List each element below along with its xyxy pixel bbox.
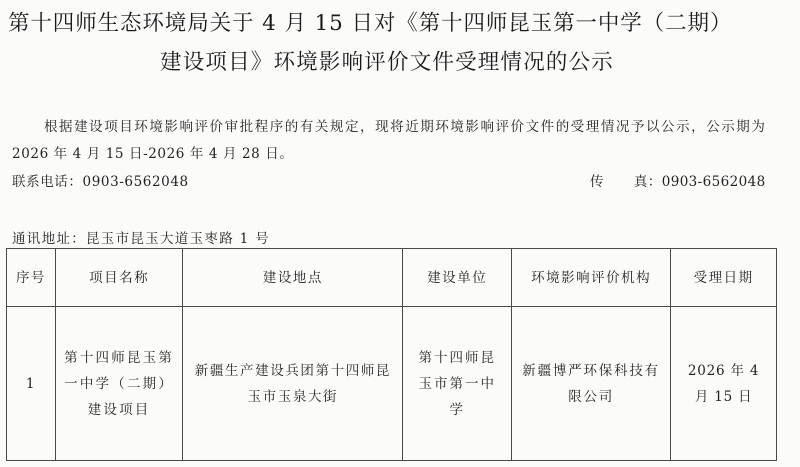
cell-builder: 第十四师昆玉市第一中学 bbox=[403, 307, 512, 461]
contact-address-label: 通讯地址： bbox=[12, 231, 86, 247]
cell-accept-date-text: 2026 年 4 月 15 日 bbox=[683, 358, 765, 410]
contact-fax-label-part-1: 传 bbox=[590, 174, 604, 190]
cell-location: 新疆生产建设兵团第十四师昆玉市玉泉大街 bbox=[183, 307, 403, 461]
cell-builder-text: 第十四师昆玉市第一中学 bbox=[415, 345, 499, 423]
cell-eia-agency-text: 新疆博严环保科技有限公司 bbox=[521, 358, 661, 410]
cell-project-name: 第十四师昆玉第一中学（二期）建设项目 bbox=[55, 307, 182, 461]
contact-phone-value: 0903-6562048 bbox=[83, 174, 189, 190]
contact-fax-label-part-2: 真： bbox=[634, 174, 662, 190]
header-eia-agency: 环境影响评价机构 bbox=[512, 249, 671, 307]
cell-accept-date: 2026 年 4 月 15 日 bbox=[671, 307, 777, 461]
header-accept-date: 受理日期 bbox=[671, 249, 777, 307]
contact-fax-value: 0903-6562048 bbox=[662, 174, 766, 190]
cell-project-name-text: 第十四师昆玉第一中学（二期）建设项目 bbox=[63, 345, 175, 423]
contact-address-value: 昆玉市昆玉大道玉枣路 1 号 bbox=[86, 231, 270, 247]
contact-address: 通讯地址：昆玉市昆玉大道玉枣路 1 号 bbox=[12, 227, 270, 247]
cell-location-text: 新疆生产建设兵团第十四师昆玉市玉泉大街 bbox=[193, 358, 393, 410]
table-header-row: 序号 项目名称 建设地点 建设单位 环境影响评价机构 受理日期 bbox=[7, 249, 777, 307]
header-index: 序号 bbox=[7, 249, 56, 307]
header-project-name: 项目名称 bbox=[55, 249, 182, 307]
contact-phone: 联系电话：0903-6562048 bbox=[12, 170, 189, 190]
cell-index-text: 1 bbox=[26, 371, 36, 397]
intro-paragraph-line-2: 2026 年 4 月 15 日-2026 年 4 月 28 日。 bbox=[12, 142, 293, 162]
notice-title-line-1: 第十四师生态环境局关于 4 月 15 日对《第十四师昆玉第一中学（二期） bbox=[8, 6, 788, 37]
header-location: 建设地点 bbox=[183, 249, 403, 307]
contact-fax: 传真：0903-6562048 bbox=[590, 170, 766, 190]
contact-phone-label: 联系电话： bbox=[12, 174, 83, 190]
cell-index: 1 bbox=[7, 307, 56, 461]
table-row: 1 第十四师昆玉第一中学（二期）建设项目 新疆生产建设兵团第十四师昆玉市玉泉大街… bbox=[7, 307, 777, 461]
header-builder: 建设单位 bbox=[403, 249, 512, 307]
acceptance-table: 序号 项目名称 建设地点 建设单位 环境影响评价机构 受理日期 1 第十四师昆玉… bbox=[6, 248, 777, 461]
intro-paragraph-line-1: 根据建设项目环境影响评价审批程序的有关规定，现将近期环境影响评价文件的受理情况予… bbox=[44, 115, 766, 135]
cell-eia-agency: 新疆博严环保科技有限公司 bbox=[512, 307, 671, 461]
notice-title-line-2: 建设项目》环境影响评价文件受理情况的公示 bbox=[160, 45, 614, 76]
